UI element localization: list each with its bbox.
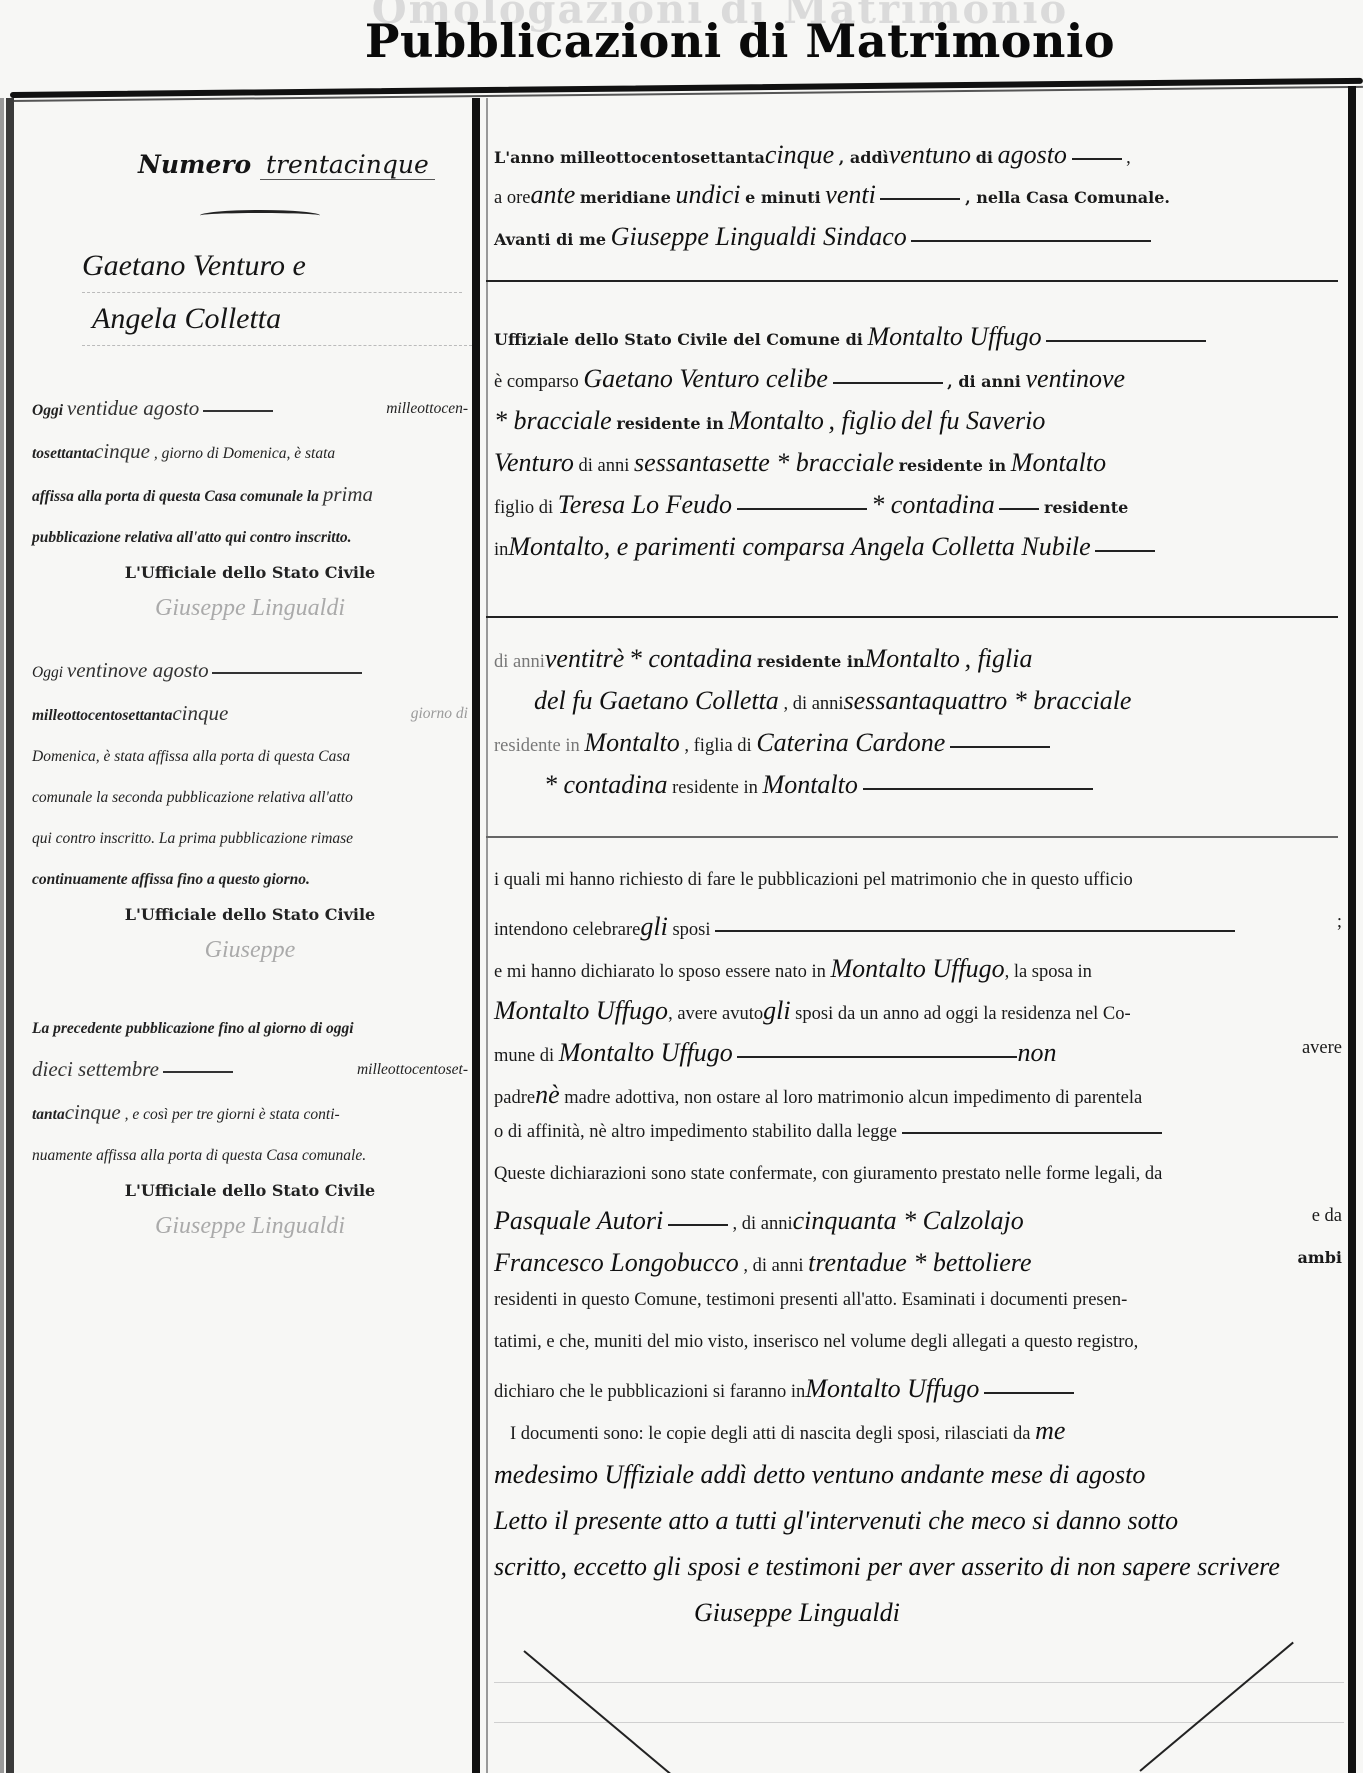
text-fragment: Queste dichiarazioni sono state conferma…: [494, 1164, 1162, 1184]
handwritten-line: scritto, eccetto gli sposi e testimoni p…: [494, 1544, 1342, 1590]
text-fragment: , di anni: [743, 1256, 803, 1276]
bride-age: ventitrè: [545, 644, 624, 673]
text-fragment: , giorno di Domenica, è stata: [154, 445, 335, 462]
document-title: Pubblicazioni di Matrimonio: [300, 14, 1180, 68]
text-fragment: , di anni: [783, 694, 843, 714]
handwritten-fill: gli: [763, 996, 790, 1025]
text-fragment: è comparso: [494, 372, 579, 392]
text-fragment: , di anni: [947, 372, 1021, 391]
bride-father-residence: Montalto: [584, 728, 679, 757]
bride-line-1: di anniventitrè * contadina residente in…: [494, 644, 1342, 674]
decl-line-7: o di affinità, nè altro impedimento stab…: [494, 1122, 1342, 1143]
text-fragment: pubblicazione relativa all'atto qui cont…: [32, 529, 352, 546]
text-fragment: tosettanta: [32, 445, 94, 462]
official-signature: Giuseppe Lingualdi: [32, 588, 468, 628]
year-field: cinque: [765, 140, 834, 169]
intro-line-3: Avanti di me Giuseppe Lingualdi Sindaco: [494, 222, 1342, 252]
handwritten-fill: me: [1035, 1416, 1065, 1445]
decl-line-6: padrenè madre adottiva, non ostare al lo…: [494, 1080, 1342, 1110]
text-fragment: sposi da un anno ad oggi la residenza ne…: [795, 1004, 1130, 1024]
section-divider: [486, 616, 1338, 618]
second-pub-date: ventinove agosto: [67, 658, 209, 682]
decl-line-9: Pasquale Autori , di annicinquanta * Cal…: [494, 1206, 1342, 1236]
groom-line-1: Uffiziale dello Stato Civile del Comune …: [494, 322, 1342, 352]
handwritten-closing: medesimo Uffiziale addì detto ventuno an…: [494, 1452, 1342, 1636]
text-fragment: La precedente pubblicazione fino al gior…: [32, 1020, 354, 1037]
day-field: ventuno: [889, 140, 971, 169]
text-fragment: , addì: [839, 148, 889, 167]
groom-residence: Montalto: [728, 406, 823, 435]
bride-mother: Caterina Cardone: [756, 728, 945, 757]
decl-line-4: Montalto Uffugo, avere avutogli sposi da…: [494, 996, 1342, 1026]
decl-line-8: Queste dichiarazioni sono state conferma…: [494, 1164, 1342, 1185]
text-fragment: in: [494, 540, 508, 560]
bride-appearance: Montalto, e parimenti comparsa Angela Co…: [508, 532, 1090, 561]
groom-father-surname: Venturo: [494, 448, 574, 477]
handwritten-line: Letto il presente atto a tutti gl'interv…: [494, 1498, 1342, 1544]
numero-value: trentacinque: [260, 150, 435, 180]
text-fragment: di: [976, 148, 993, 167]
text-fragment: avere: [1302, 1038, 1342, 1059]
text-fragment: giorno di: [411, 693, 468, 734]
second-publication: Oggi ventinove agosto milleottocentosett…: [32, 650, 468, 970]
text-fragment: , figlia: [965, 644, 1033, 673]
decl-line-1: i quali mi hanno richiesto di fare le pu…: [494, 870, 1342, 891]
bride-father-age: sessantaquattro * bracciale: [844, 686, 1132, 715]
text-fragment: e mi hanno dichiarato lo sposo essere na…: [494, 962, 826, 982]
mayor-name: Giuseppe Lingualdi Sindaco: [611, 222, 907, 251]
intro-line-2: a oreante meridiane undici e minuti vent…: [494, 180, 1342, 210]
spouse-name-bride: Angela Colletta: [82, 293, 472, 346]
act-number: Numero trentacinque: [138, 150, 435, 179]
oggi-label: Oggi: [32, 664, 63, 681]
text-fragment: residente in: [494, 736, 580, 756]
official-signature: Giuseppe: [32, 930, 468, 970]
witness-2-age: trentadue * bettoliere: [808, 1248, 1031, 1277]
witness-2-name: Francesco Longobucco: [494, 1248, 739, 1277]
hour-field: undici: [676, 180, 741, 209]
text-fragment: , di anni: [733, 1214, 793, 1234]
text-fragment: Domenica, è stata affissa alla porta di …: [32, 736, 468, 777]
text-fragment: ambi: [1297, 1248, 1342, 1267]
text-fragment: , figlio: [828, 406, 896, 435]
text-fragment: residente in: [757, 652, 865, 671]
right-border: [1348, 86, 1356, 1773]
text-fragment: L'anno milleottocentosettanta: [494, 148, 765, 167]
text-fragment: , la sposa in: [1005, 962, 1092, 982]
ruled-line: [494, 1722, 1344, 1723]
official-signature: Giuseppe Lingualdi: [32, 1206, 468, 1246]
closing-date: dieci settembre: [32, 1057, 159, 1081]
text-fragment: qui contro inscritto. La prima pubblicaz…: [32, 818, 468, 859]
oggi-label: Oggi: [32, 402, 63, 419]
groom-father: del fu Saverio: [901, 406, 1045, 435]
bride-line-3: residente in Montalto , figlia di Cateri…: [494, 728, 1342, 758]
text-fragment: residente in: [899, 456, 1007, 475]
groom-mother-profession: * contadina: [871, 490, 995, 519]
first-pub-ordinal: prima: [323, 482, 373, 506]
first-pub-year: cinque: [94, 439, 150, 463]
groom-line-3: * bracciale residente in Montalto , figl…: [494, 406, 1342, 436]
minutes-field: venti: [825, 180, 876, 209]
bride-mother-profession: * contadina: [544, 770, 668, 799]
intro-line-1: L'anno milleottocentosettantacinque , ad…: [494, 140, 1342, 170]
text-fragment: di anni: [494, 652, 545, 672]
bride-line-4: * contadina residente in Montalto: [494, 770, 1363, 800]
text-fragment: i quali mi hanno richiesto di fare le pu…: [494, 870, 1133, 890]
witness-1-age: cinquanta * Calzolajo: [793, 1206, 1024, 1235]
text-fragment: meridiane: [580, 188, 671, 207]
groom-birthplace: Montalto Uffugo: [831, 954, 1005, 983]
section-divider: [486, 836, 1338, 838]
official-title: L'Ufficiale dello Stato Civile: [32, 900, 468, 930]
spouse-name-groom: Gaetano Venturo e: [82, 240, 462, 293]
publication-closing: La precedente pubblicazione fino al gior…: [32, 1008, 468, 1246]
groom-father-residence: Montalto: [1011, 448, 1106, 477]
text-fragment: tatimi, e che, muniti del mio visto, ins…: [494, 1332, 1138, 1352]
witness-1-name: Pasquale Autori: [494, 1206, 663, 1235]
publication-place: Montalto Uffugo: [805, 1374, 979, 1403]
bride-mother-residence: Montalto: [763, 770, 858, 799]
cancellation-stroke: [523, 1650, 677, 1773]
comune-field: Montalto Uffugo: [868, 322, 1042, 351]
text-fragment: padre: [494, 1088, 535, 1108]
section-divider: [486, 280, 1338, 282]
text-fragment: e da: [1312, 1206, 1342, 1227]
decl-line-13: dichiaro che le pubblicazioni si faranno…: [494, 1374, 1342, 1404]
text-fragment: nuamente affissa alla porta di questa Ca…: [32, 1147, 366, 1164]
groom-mother: Teresa Lo Feudo: [558, 490, 732, 519]
month-field: agosto: [998, 140, 1067, 169]
decl-line-5: mune di Montalto Uffugo non avere: [494, 1038, 1342, 1068]
text-fragment: milleottocentosettanta: [32, 707, 172, 724]
groom-line-4: Venturo di anni sessantasette * braccial…: [494, 448, 1342, 478]
groom-name: Gaetano Venturo celibe: [583, 364, 828, 393]
handwritten-fill: nè: [535, 1080, 560, 1109]
official-title: L'Ufficiale dello Stato Civile: [32, 1176, 468, 1206]
text-fragment: , avere avuto: [668, 1004, 763, 1024]
first-publication: Oggi ventidue agosto milleottocen- toset…: [32, 388, 468, 628]
text-fragment: e minuti: [745, 188, 821, 207]
text-fragment: dichiaro che le pubblicazioni si faranno…: [494, 1382, 805, 1402]
text-fragment: continuamente affissa fino a questo gior…: [32, 859, 468, 900]
ruled-line: [494, 1682, 1344, 1683]
residence-comune: Montalto Uffugo: [559, 1038, 733, 1067]
text-fragment: ;: [1337, 912, 1342, 933]
groom-line-5: figlio di Teresa Lo Feudo * contadina re…: [494, 490, 1342, 520]
text-fragment: madre adottiva, non ostare al loro matri…: [564, 1088, 1142, 1108]
handwritten-line: medesimo Uffiziale addì detto ventuno an…: [494, 1452, 1342, 1498]
text-fragment: mune di: [494, 1046, 554, 1066]
text-fragment: affissa alla porta di questa Casa comuna…: [32, 488, 319, 505]
handwritten-fill: non: [1017, 1038, 1056, 1067]
decl-line-10: Francesco Longobucco , di anni trentadue…: [494, 1248, 1342, 1278]
text-fragment: milleottocen-: [386, 388, 468, 429]
official-title: L'Ufficiale dello Stato Civile: [32, 558, 468, 588]
bride-line-2: del fu Gaetano Colletta , di annisessant…: [494, 686, 1363, 716]
bride-birthplace: Montalto Uffugo: [494, 996, 668, 1025]
text-fragment: Avanti di me: [494, 230, 606, 249]
bride-profession: * contadina: [629, 644, 753, 673]
meridian-field: ante: [530, 180, 575, 209]
text-fragment: Uffiziale dello Stato Civile del Comune …: [494, 330, 863, 349]
decl-line-14: I documenti sono: le copie degli atti di…: [494, 1416, 1358, 1446]
text-fragment: residente in: [672, 778, 758, 798]
left-outer-border: [0, 98, 4, 1773]
cancellation-stroke: [1139, 1642, 1293, 1772]
text-fragment: di anni: [579, 456, 630, 476]
text-fragment: , nella Casa Comunale.: [965, 188, 1170, 207]
groom-line-2: è comparso Gaetano Venturo celibe , di a…: [494, 364, 1342, 394]
text-fragment: comunale la seconda pubblicazione relati…: [32, 777, 468, 818]
text-fragment: intendono celebrare: [494, 920, 640, 940]
left-border: [6, 98, 14, 1773]
decl-line-11: residenti in questo Comune, testimoni pr…: [494, 1290, 1342, 1311]
text-fragment: figlio di: [494, 498, 553, 518]
decl-line-2: intendono celebraregli sposi ;: [494, 912, 1342, 942]
second-pub-year: cinque: [172, 701, 228, 725]
column-divider-thin: [486, 98, 488, 1773]
groom-profession: * bracciale: [494, 406, 612, 435]
handwritten-fill: gli: [640, 912, 667, 941]
text-fragment: a ore: [494, 188, 530, 208]
decl-line-3: e mi hanno dichiarato lo sposo essere na…: [494, 954, 1342, 984]
text-fragment: , e così per tre giorni è stata conti-: [125, 1106, 340, 1123]
closing-year: cinque: [65, 1100, 121, 1124]
text-fragment: sposi: [672, 920, 710, 940]
bride-residence: Montalto: [865, 644, 960, 673]
text-fragment: residente: [1044, 498, 1128, 517]
text-fragment: I documenti sono: le copie degli atti di…: [510, 1424, 1030, 1444]
decl-line-12: tatimi, e che, muniti del mio visto, ins…: [494, 1332, 1342, 1353]
text-fragment: tanta: [32, 1106, 65, 1123]
text-fragment: milleottocentoset-: [357, 1049, 468, 1090]
decorative-swash: [200, 210, 320, 221]
spouse-names: Gaetano Venturo e Angela Colletta: [82, 240, 472, 346]
numero-label: Numero: [138, 150, 251, 179]
text-fragment: residente in: [616, 414, 724, 433]
first-pub-date: ventidue agosto: [67, 396, 199, 420]
groom-father-age: sessantasette * bracciale: [634, 448, 894, 477]
final-signature: Giuseppe Lingualdi: [494, 1590, 1342, 1636]
text-fragment: o di affinità, nè altro impedimento stab…: [494, 1122, 897, 1142]
column-divider: [472, 98, 480, 1773]
bride-father: del fu Gaetano Colletta: [534, 686, 779, 715]
groom-age: ventinove: [1025, 364, 1125, 393]
groom-line-6: inMontalto, e parimenti comparsa Angela …: [494, 532, 1342, 562]
text-fragment: residenti in questo Comune, testimoni pr…: [494, 1290, 1127, 1310]
text-fragment: , figlia di: [684, 736, 751, 756]
